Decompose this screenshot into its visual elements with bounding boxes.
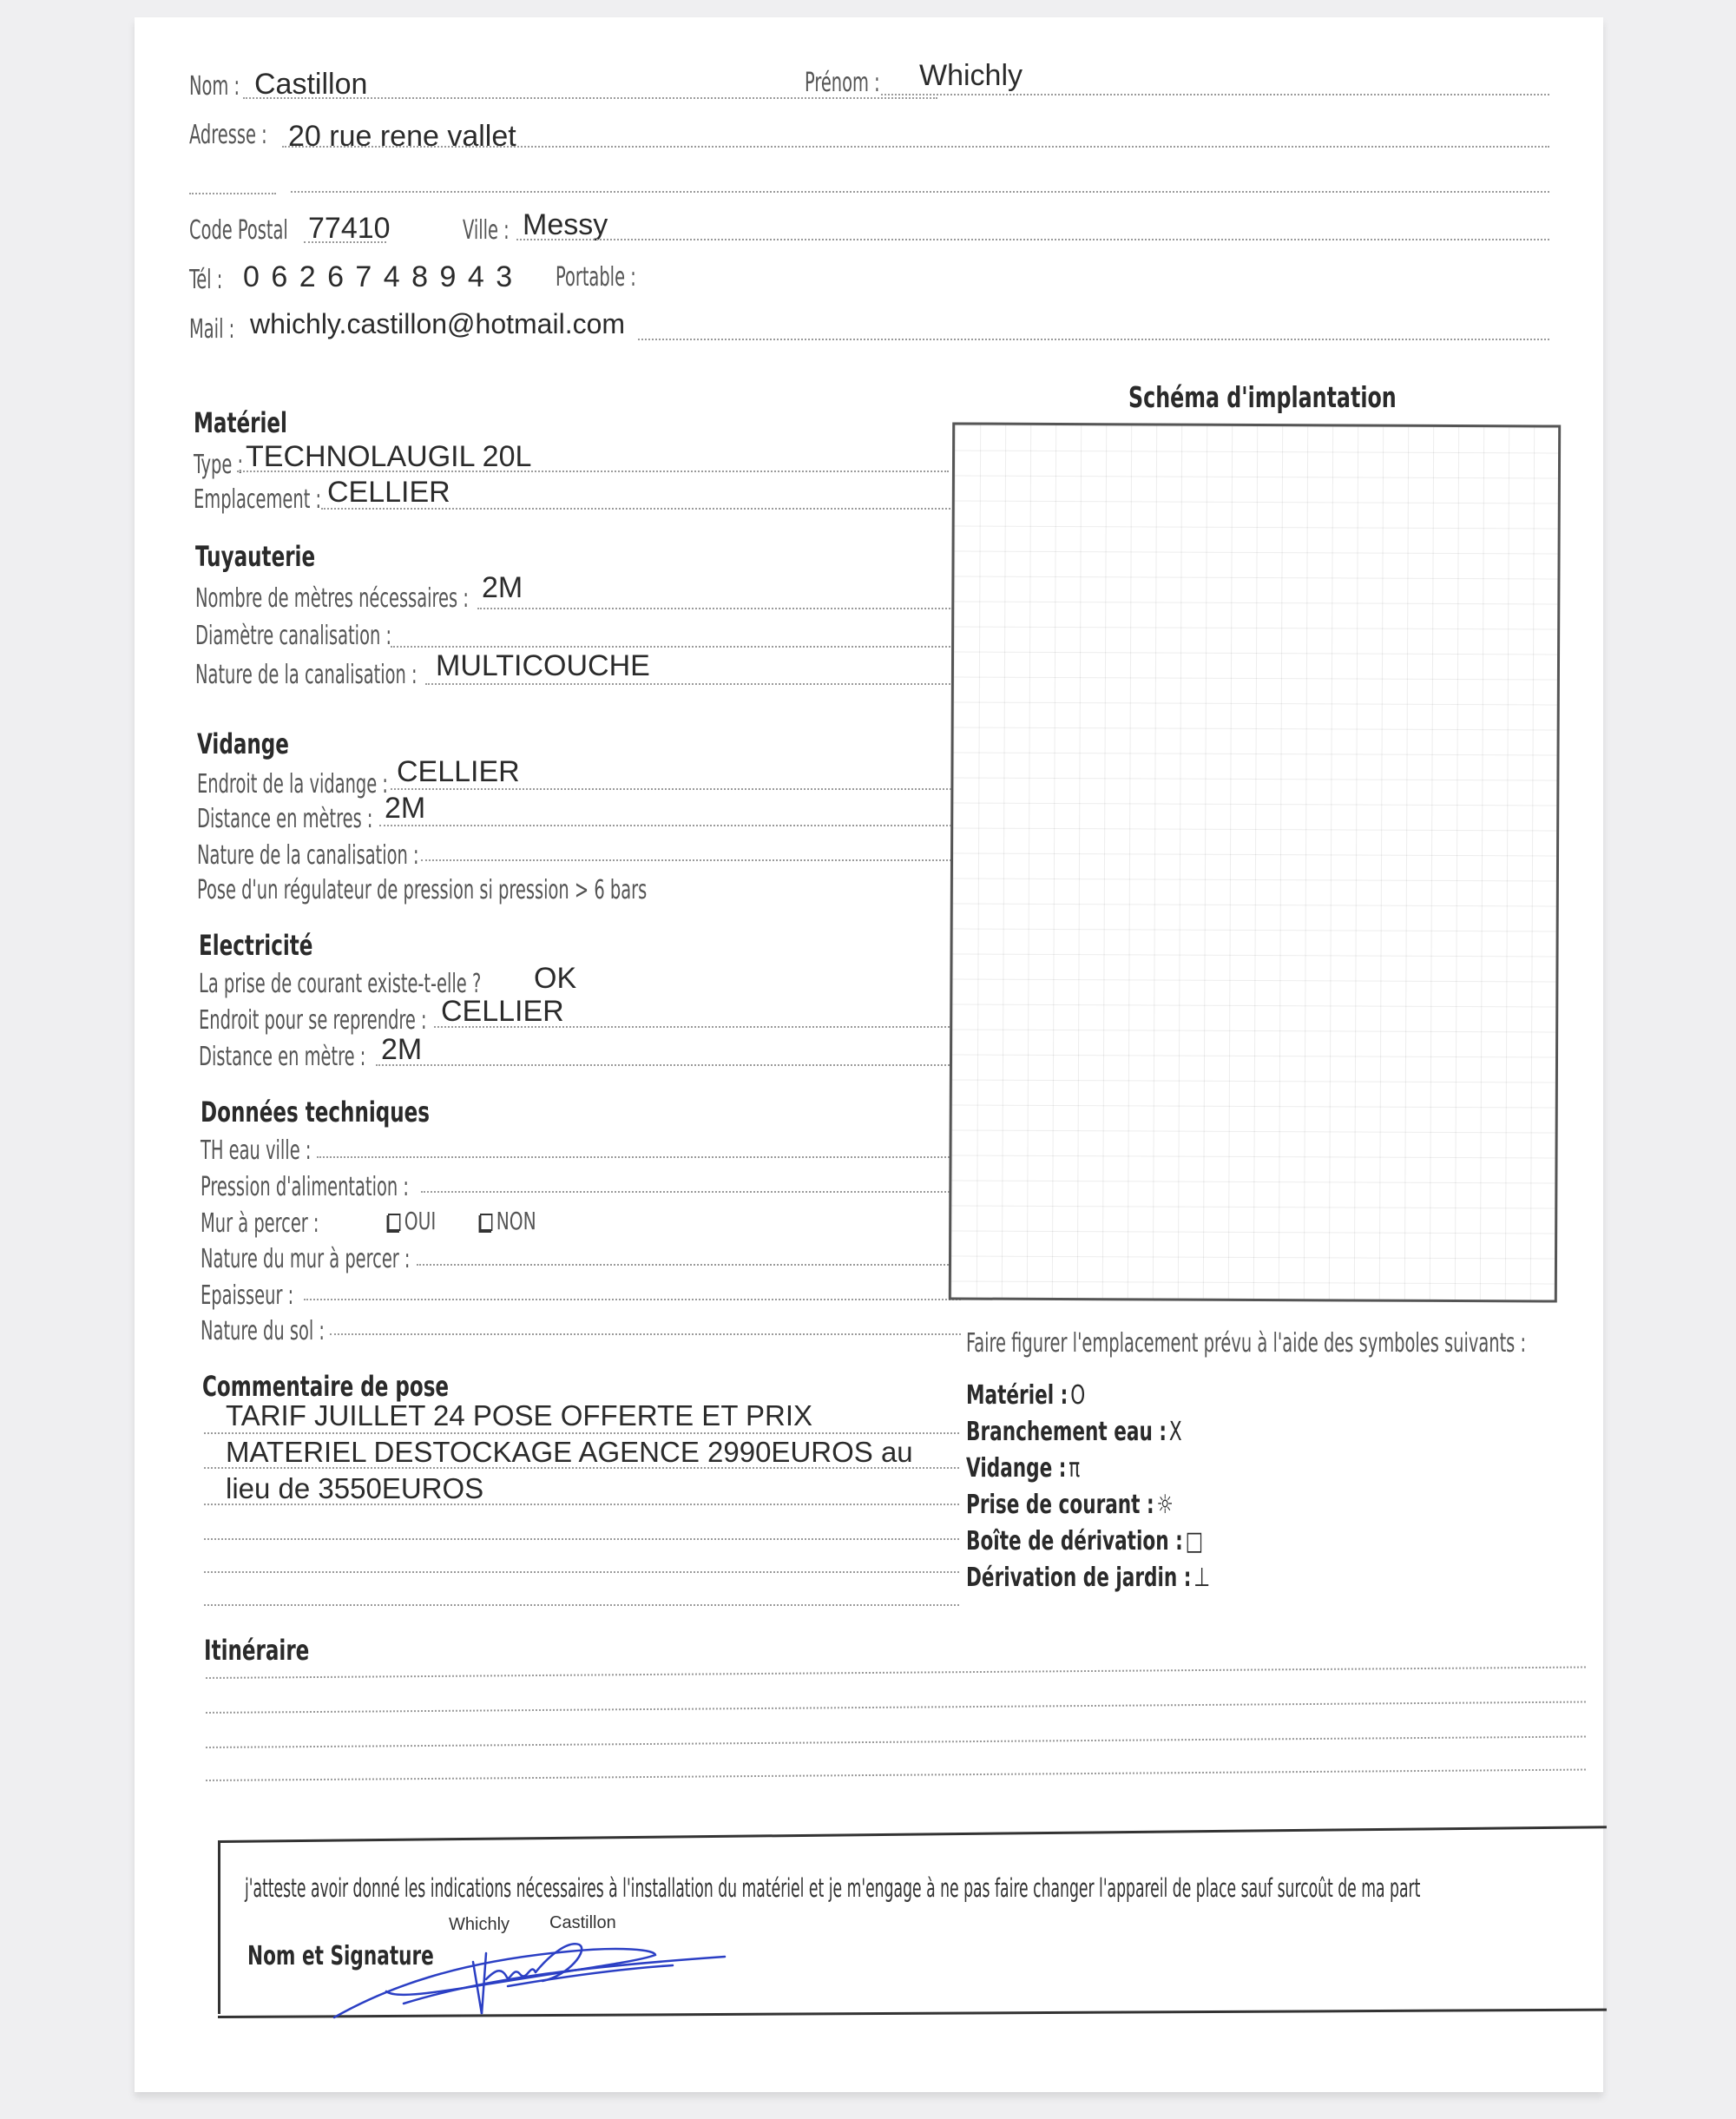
pi-icon: π [1069, 1453, 1080, 1484]
nom-label: Nom : [189, 71, 240, 102]
nature-canalisation-line [425, 683, 953, 685]
pression-line [421, 1191, 959, 1193]
non-checkbox[interactable] [480, 1214, 492, 1231]
adresse-line [282, 146, 1549, 148]
up-tack-icon: ⊥ [1193, 1563, 1210, 1593]
nature-mur-label: Nature du mur à percer : [201, 1244, 410, 1274]
adresse-line-2a [189, 193, 276, 194]
square-icon: □ [1186, 1526, 1203, 1556]
mail-value[interactable]: whichly.castillon@hotmail.com [250, 308, 625, 340]
emplacement-label: Emplacement : [194, 484, 321, 515]
schema-heading: Schéma d'implantation [1128, 380, 1397, 414]
adresse-label: Adresse : [189, 120, 267, 150]
legend-boite-derivation: Boîte de dérivation :□ [966, 1526, 1210, 1563]
vidange-distance-label: Distance en mètres : [197, 804, 372, 834]
metres-line [477, 608, 953, 609]
type-line [237, 471, 949, 472]
epaisseur-line [304, 1299, 961, 1300]
vidange-endroit-value[interactable]: CELLIER [397, 755, 520, 789]
vidange-endroit-line [391, 788, 955, 790]
legend-derivation-jardin: Dérivation de jardin :⊥ [966, 1563, 1210, 1599]
epaisseur-label: Epaisseur : [201, 1280, 293, 1311]
commentaire-line-dots-3 [204, 1504, 959, 1505]
nature-canalisation-label: Nature de la canalisation : [195, 660, 418, 690]
nature-mur-line [417, 1264, 959, 1266]
code-postal-line [304, 241, 386, 243]
prenom-line [881, 94, 1549, 95]
elec-distance-value[interactable]: 2M [381, 1033, 422, 1067]
itineraire-heading: Itinéraire [204, 1634, 309, 1667]
materiel-heading: Matériel [194, 406, 287, 439]
prenom-label: Prénom : [805, 68, 880, 98]
tel-value[interactable]: 0 6 2 6 7 4 8 9 4 3 [243, 260, 514, 294]
th-label: TH eau ville : [201, 1135, 311, 1166]
attestation-text: j'atteste avoir donné les indications né… [245, 1873, 1420, 1903]
elec-endroit-line [434, 1026, 957, 1028]
schema-legend: Matériel :O Branchement eau :X Vidange :… [966, 1380, 1305, 1599]
commentaire-line-dots-1 [204, 1432, 959, 1434]
type-value[interactable]: TECHNOLAUGIL 20L [246, 440, 531, 474]
commentaire-line-dots-6 [204, 1604, 959, 1606]
commentaire-line-dots-5 [204, 1571, 959, 1573]
prenom-value[interactable]: Whichly [919, 59, 1023, 93]
commentaire-line-dots-4 [204, 1538, 959, 1540]
elec-distance-line [376, 1064, 957, 1066]
metres-value[interactable]: 2M [482, 571, 523, 605]
non-option[interactable]: NON [480, 1207, 536, 1235]
commentaire-text[interactable]: TARIF JUILLET 24 POSE OFFERTE ET PRIX MA… [226, 1398, 972, 1507]
ville-value[interactable]: Messy [523, 208, 608, 242]
elec-distance-label: Distance en mètre : [199, 1042, 365, 1072]
adresse-line-2b [291, 191, 1549, 193]
portable-label: Portable : [556, 262, 636, 293]
vidange-nature-label: Nature de la canalisation : [197, 840, 419, 871]
ville-label: Ville : [463, 215, 510, 246]
oui-option[interactable]: OUI [388, 1207, 436, 1235]
installation-form-page: Nom : Castillon Prénom : Whichly Adresse… [135, 17, 1603, 2092]
oui-checkbox[interactable] [388, 1214, 400, 1231]
ville-line [516, 239, 1549, 240]
pression-label: Pression d'alimentation : [201, 1172, 409, 1202]
emplacement-value[interactable]: CELLIER [327, 476, 450, 510]
mail-label: Mail : [189, 314, 234, 345]
vidange-nature-line [421, 859, 955, 861]
vidange-endroit-label: Endroit de la vidange : [197, 769, 388, 800]
emplacement-line [321, 508, 950, 510]
itineraire-line-1 [206, 1667, 1586, 1679]
legend-prise-courant: Prise de courant :☼ [966, 1490, 1210, 1526]
nature-sol-line [330, 1333, 961, 1335]
signature-scribble[interactable] [308, 1927, 742, 2023]
vidange-distance-value[interactable]: 2M [385, 792, 425, 826]
vidange-heading: Vidange [197, 727, 289, 760]
tel-label: Tél : [189, 265, 222, 295]
non-label: NON [496, 1207, 536, 1235]
nature-sol-label: Nature du sol : [201, 1316, 325, 1346]
metres-label: Nombre de mètres nécessaires : [195, 583, 469, 614]
mail-line [638, 339, 1549, 340]
code-postal-label: Code Postal [189, 215, 288, 246]
adresse-value[interactable]: 20 rue rene vallet [288, 120, 516, 154]
cross-icon: X [1169, 1417, 1182, 1447]
donnees-heading: Données techniques [201, 1096, 430, 1129]
vidange-distance-line [379, 825, 955, 826]
electricite-heading: Electricité [199, 929, 312, 962]
elec-endroit-value[interactable]: CELLIER [441, 995, 564, 1029]
oui-label: OUI [404, 1207, 437, 1235]
sun-icon: ☼ [1157, 1490, 1174, 1520]
regulateur-note: Pose d'un régulateur de pression si pres… [197, 875, 647, 905]
type-label: Type : [194, 450, 243, 480]
legend-vidange: Vidange :π [966, 1453, 1210, 1490]
elec-endroit-label: Endroit pour se reprendre : [199, 1005, 427, 1036]
mur-label: Mur à percer : [201, 1208, 319, 1239]
commentaire-line-2: MATERIEL DESTOCKAGE AGENCE 2990EUROS au [226, 1434, 972, 1471]
th-line [317, 1156, 959, 1158]
circle-icon: O [1070, 1380, 1085, 1411]
prise-label: La prise de courant existe-t-elle ? [199, 969, 481, 999]
commentaire-line-1: TARIF JUILLET 24 POSE OFFERTE ET PRIX [226, 1398, 972, 1434]
legend-branchement-eau: Branchement eau :X [966, 1417, 1210, 1453]
legend-materiel: Matériel :O [966, 1380, 1210, 1417]
itineraire-line-4 [206, 1769, 1586, 1781]
prise-value[interactable]: OK [534, 962, 576, 996]
itineraire-line-3 [206, 1736, 1586, 1748]
nature-canalisation-value[interactable]: MULTICOUCHE [436, 649, 650, 683]
schema-instruction: Faire figurer l'emplacement prévu à l'ai… [966, 1328, 1526, 1359]
diametre-label: Diamètre canalisation : [195, 621, 391, 651]
diametre-line [391, 646, 953, 648]
schema-grid[interactable] [949, 422, 1561, 1302]
tuyauterie-heading: Tuyauterie [195, 540, 315, 573]
itineraire-line-2 [206, 1701, 1586, 1714]
commentaire-line-3: lieu de 3550EUROS [226, 1471, 972, 1507]
commentaire-line-dots-2 [204, 1467, 959, 1469]
